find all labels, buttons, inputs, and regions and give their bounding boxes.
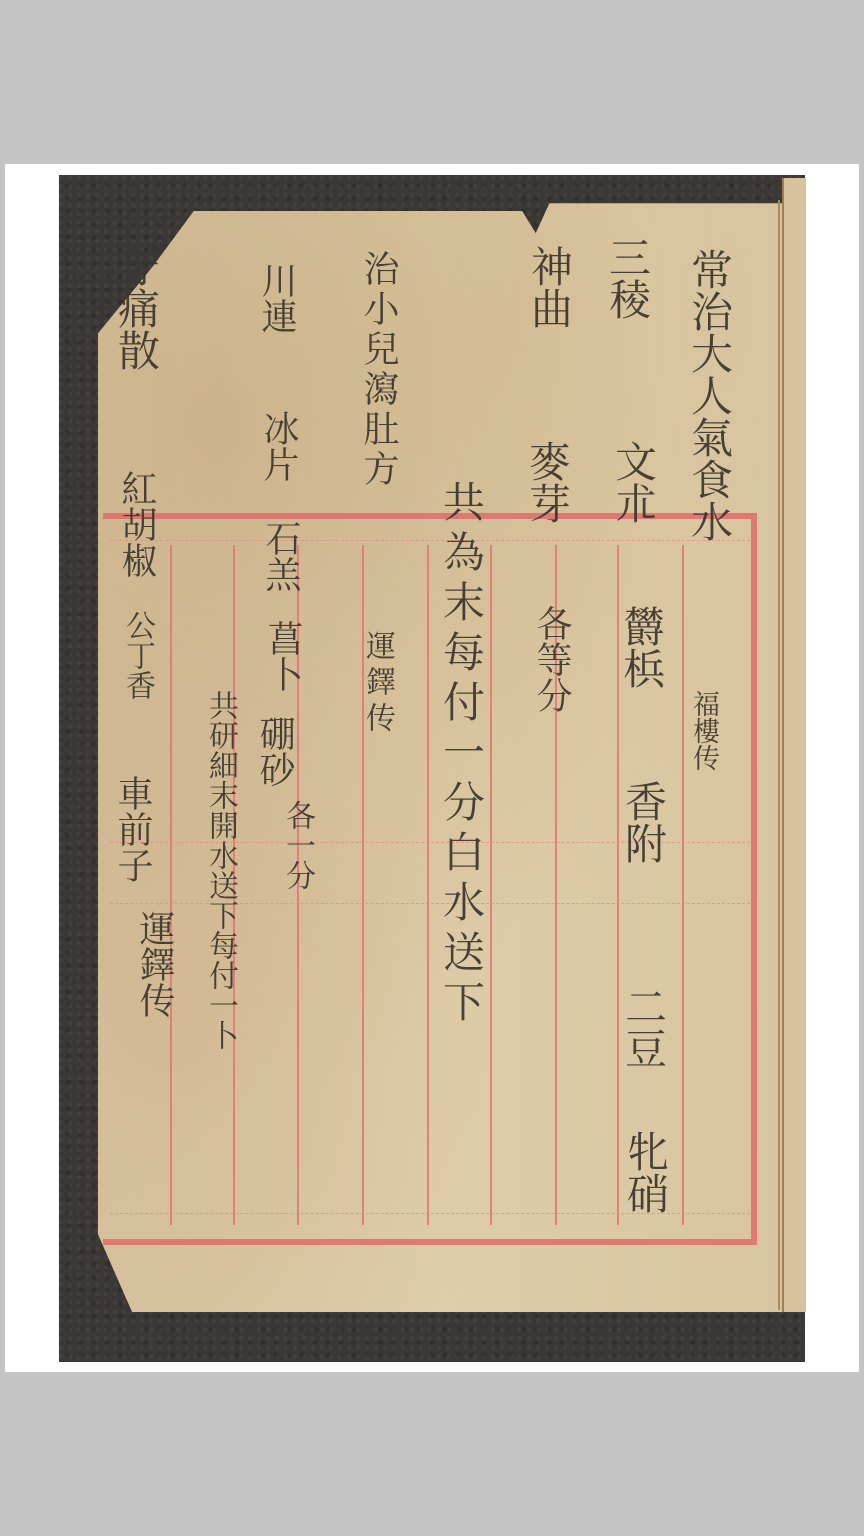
recipe-3-title: 牙痛散 xyxy=(115,245,157,371)
ingredient: 石羔 xyxy=(262,520,298,592)
recipe-2-instructions: 共研細末開水送下每付一卜 xyxy=(205,690,235,1050)
ingredient: 車前子 xyxy=(114,775,150,883)
recipe-1-title: 常治大人氣食水 xyxy=(688,248,730,542)
dosage-note: 各等分 xyxy=(533,605,569,713)
ingredient: 文朮 xyxy=(612,440,654,524)
page-fold-line xyxy=(778,200,780,1310)
recipe-2-source-note: 運鐸传 xyxy=(362,630,392,738)
ingredient: 三稜 xyxy=(606,236,648,320)
recipe-2-title: 治小兒瀉肚方 xyxy=(360,250,396,490)
grid-line xyxy=(490,545,492,1225)
recipe-1-instructions: 共為末每付一分白水送下 xyxy=(440,480,482,1030)
dosage-note: 各一分 xyxy=(282,800,312,890)
grid-line xyxy=(110,540,750,542)
page-spine-edge xyxy=(782,178,806,1312)
ingredient: 冰片 xyxy=(260,410,296,482)
ingredient: 神曲 xyxy=(528,245,570,329)
recipe-3-source-note: 運鐸传 xyxy=(136,910,172,1018)
grid-line xyxy=(170,545,172,1225)
ingredient: 菖卜 xyxy=(264,620,300,692)
recipe-1-source-note: 福樓传 xyxy=(690,690,717,771)
ingredient: 川連 xyxy=(258,262,294,334)
grid-line xyxy=(682,545,684,1225)
ingredient: 香附 xyxy=(622,780,664,864)
ingredient: 硼砂 xyxy=(256,715,292,787)
ingredient: 牝硝 xyxy=(624,1130,666,1214)
ingredient: 紅胡椒 xyxy=(118,470,154,578)
ingredient: 二豆 xyxy=(622,985,664,1069)
ingredient: 公丁香 xyxy=(122,610,152,700)
grid-line xyxy=(427,545,429,1225)
ingredient: 麥芽 xyxy=(526,440,568,524)
ingredient: 欝梹 xyxy=(620,605,662,689)
